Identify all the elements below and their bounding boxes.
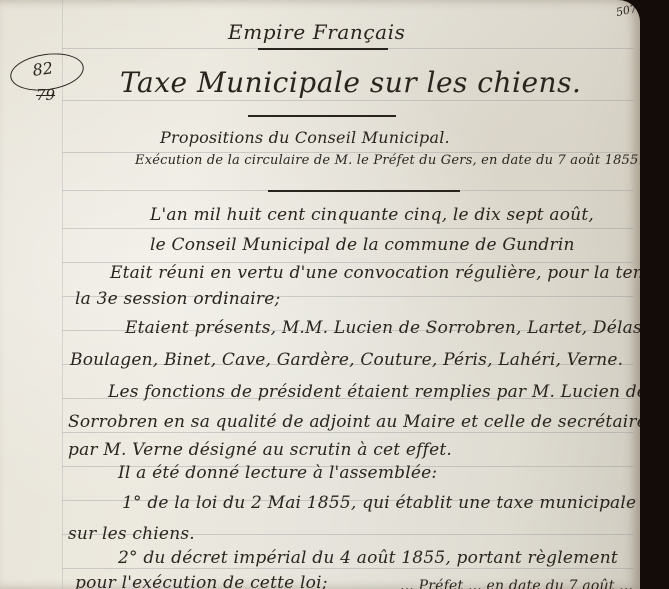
body-line: Boulagen, Binet, Cave, Gardère, Couture,… [70,350,623,370]
body-line: le Conseil Municipal de la commune de Gu… [150,235,575,255]
body-line: pour l'exécution de cette loi; [75,573,328,589]
body-line: sur les chiens. [68,524,195,544]
body-line: L'an mil huit cent cinquante cinq, le di… [150,205,594,225]
margin-number-circled-text: 82 [31,58,54,80]
body-line: Etaient présents, M.M. Lucien de Sorrobr… [125,318,640,338]
subtitle-execution: Exécution de la circulaire de M. le Préf… [135,153,640,168]
body-line: Il a été donné lecture à l'assemblée: [118,463,437,483]
margin-number-crossed: 79 [36,86,55,104]
header-underline [258,48,388,50]
body-line: ... Préfet ... en date du 7 août ... [400,578,633,589]
manuscript-page: 507 82 79 Empire Français Taxe Municipal… [0,0,640,589]
body-line: par M. Verne désigné au scrutin à cet ef… [68,440,452,460]
body-line: Etait réuni en vertu d'une convocation r… [110,263,640,283]
body-line: la 3e session ordinaire; [75,289,280,309]
body-line: Les fonctions de président étaient rempl… [108,382,640,402]
document-title: Taxe Municipale sur les chiens. [120,66,581,99]
ruled-line [62,432,634,433]
ruled-line [62,100,634,101]
body-line: 1° de la loi du 2 Mai 1855, qui établit … [122,493,636,513]
page-number: 507 [615,2,638,19]
subtitle-propositions: Propositions du Conseil Municipal. [160,128,450,147]
document-header: Empire Français [228,20,406,44]
body-line: Sorrobren en sa qualité de adjoint au Ma… [68,412,640,432]
ruled-line [62,228,634,229]
title-underline [248,115,396,117]
body-line: 2° du décret impérial du 4 août 1855, po… [118,548,618,568]
ruled-line [62,568,634,569]
subtitle-underline [268,190,460,192]
